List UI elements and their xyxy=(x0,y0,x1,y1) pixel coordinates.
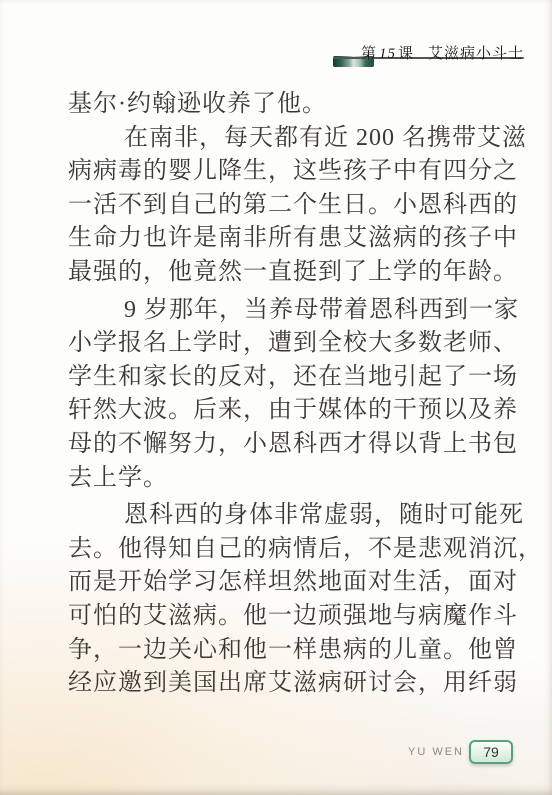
text-line: 而是开始学习怎样坦然地面对生活，面对 xyxy=(68,566,538,600)
text-line: 小学报名上学时，遭到全校大多数老师、 xyxy=(68,327,538,361)
footer-subject-label: YU WEN xyxy=(408,746,464,758)
lesson-body-text: 基尔·约翰逊收养了他。 在南非，每天都有近 200 名携带艾滋 病病毒的婴儿降生… xyxy=(68,88,538,701)
lesson-suffix: 课 xyxy=(398,46,414,62)
lesson-number: 15 xyxy=(377,46,398,62)
text-line: 生命力也许是南非所有患艾滋病的孩子中 xyxy=(68,222,538,256)
lesson-prefix: 第 xyxy=(361,46,377,62)
text-line: 争，一边关心和他一样患病的儿童。他曾 xyxy=(68,634,538,668)
text-line: 去。他得知自己的病情后，不是悲观消沉， xyxy=(68,533,538,567)
text-line: 经应邀到美国出席艾滋病研讨会，用纤弱 xyxy=(68,667,538,701)
text-line: 轩然大波。后来，由于媒体的干预以及养 xyxy=(68,394,538,428)
text-line: 病病毒的婴儿降生，这些孩子中有四分之 xyxy=(68,155,538,189)
textbook-page: 第15课艾滋病小斗士 基尔·约翰逊收养了他。 在南非，每天都有近 200 名携带… xyxy=(0,0,552,795)
text-line: 一活不到自己的第二个生日。小恩科西的 xyxy=(68,189,538,223)
text-line: 去上学。 xyxy=(68,462,538,496)
lesson-title: 艾滋病小斗士 xyxy=(428,46,524,62)
text-line: 恩科西的身体非常虚弱，随时可能死 xyxy=(68,499,538,533)
text-line: 母的不懈努力，小恩科西才得以背上书包 xyxy=(68,428,538,462)
text-line: 基尔·约翰逊收养了他。 xyxy=(68,88,538,122)
page-number-badge: 79 xyxy=(469,740,513,764)
lesson-header: 第15课艾滋病小斗士 xyxy=(361,42,524,58)
text-line: 可怕的艾滋病。他一边顽强地与病魔作斗 xyxy=(68,600,538,634)
text-line: 最强的，他竟然一直挺到了上学的年龄。 xyxy=(68,256,538,290)
text-line: 在南非，每天都有近 200 名携带艾滋 xyxy=(68,122,538,156)
text-line: 9 岁那年，当养母带着恩科西到一家 xyxy=(68,294,538,328)
text-line: 学生和家长的反对，还在当地引起了一场 xyxy=(68,361,538,395)
